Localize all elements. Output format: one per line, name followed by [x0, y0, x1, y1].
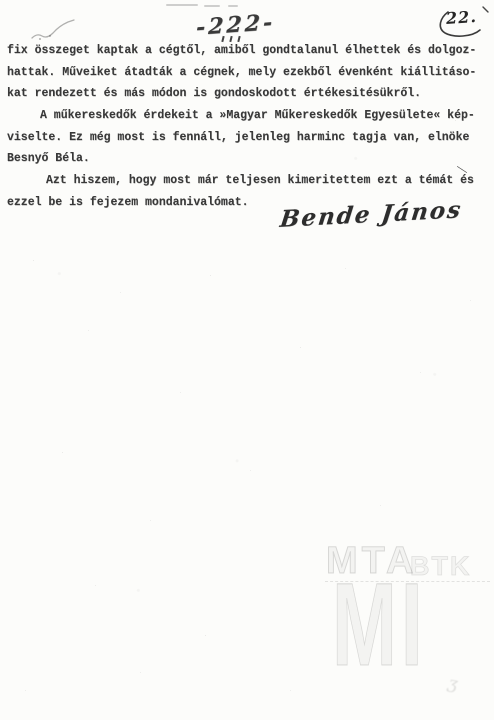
scan-dash: [204, 5, 220, 7]
typed-paragraph: fix összeget kaptak a cégtől, amiből gon…: [7, 40, 490, 105]
typed-paragraph: A műkereskedők érdekeit a »Magyar Műkere…: [7, 105, 490, 170]
scan-smudge: ʒ: [446, 673, 460, 695]
watermark-mi: MI: [332, 566, 426, 684]
scan-noise: [0, 0, 1, 1]
corner-page-number: 22.: [436, 4, 492, 42]
scan-dash: [166, 4, 198, 6]
corner-page-number-text: 22.: [445, 7, 477, 28]
scanned-document-page: -222- 22. fix összeget kaptak a cégtől, …: [0, 0, 494, 720]
scan-dash: [228, 5, 238, 7]
